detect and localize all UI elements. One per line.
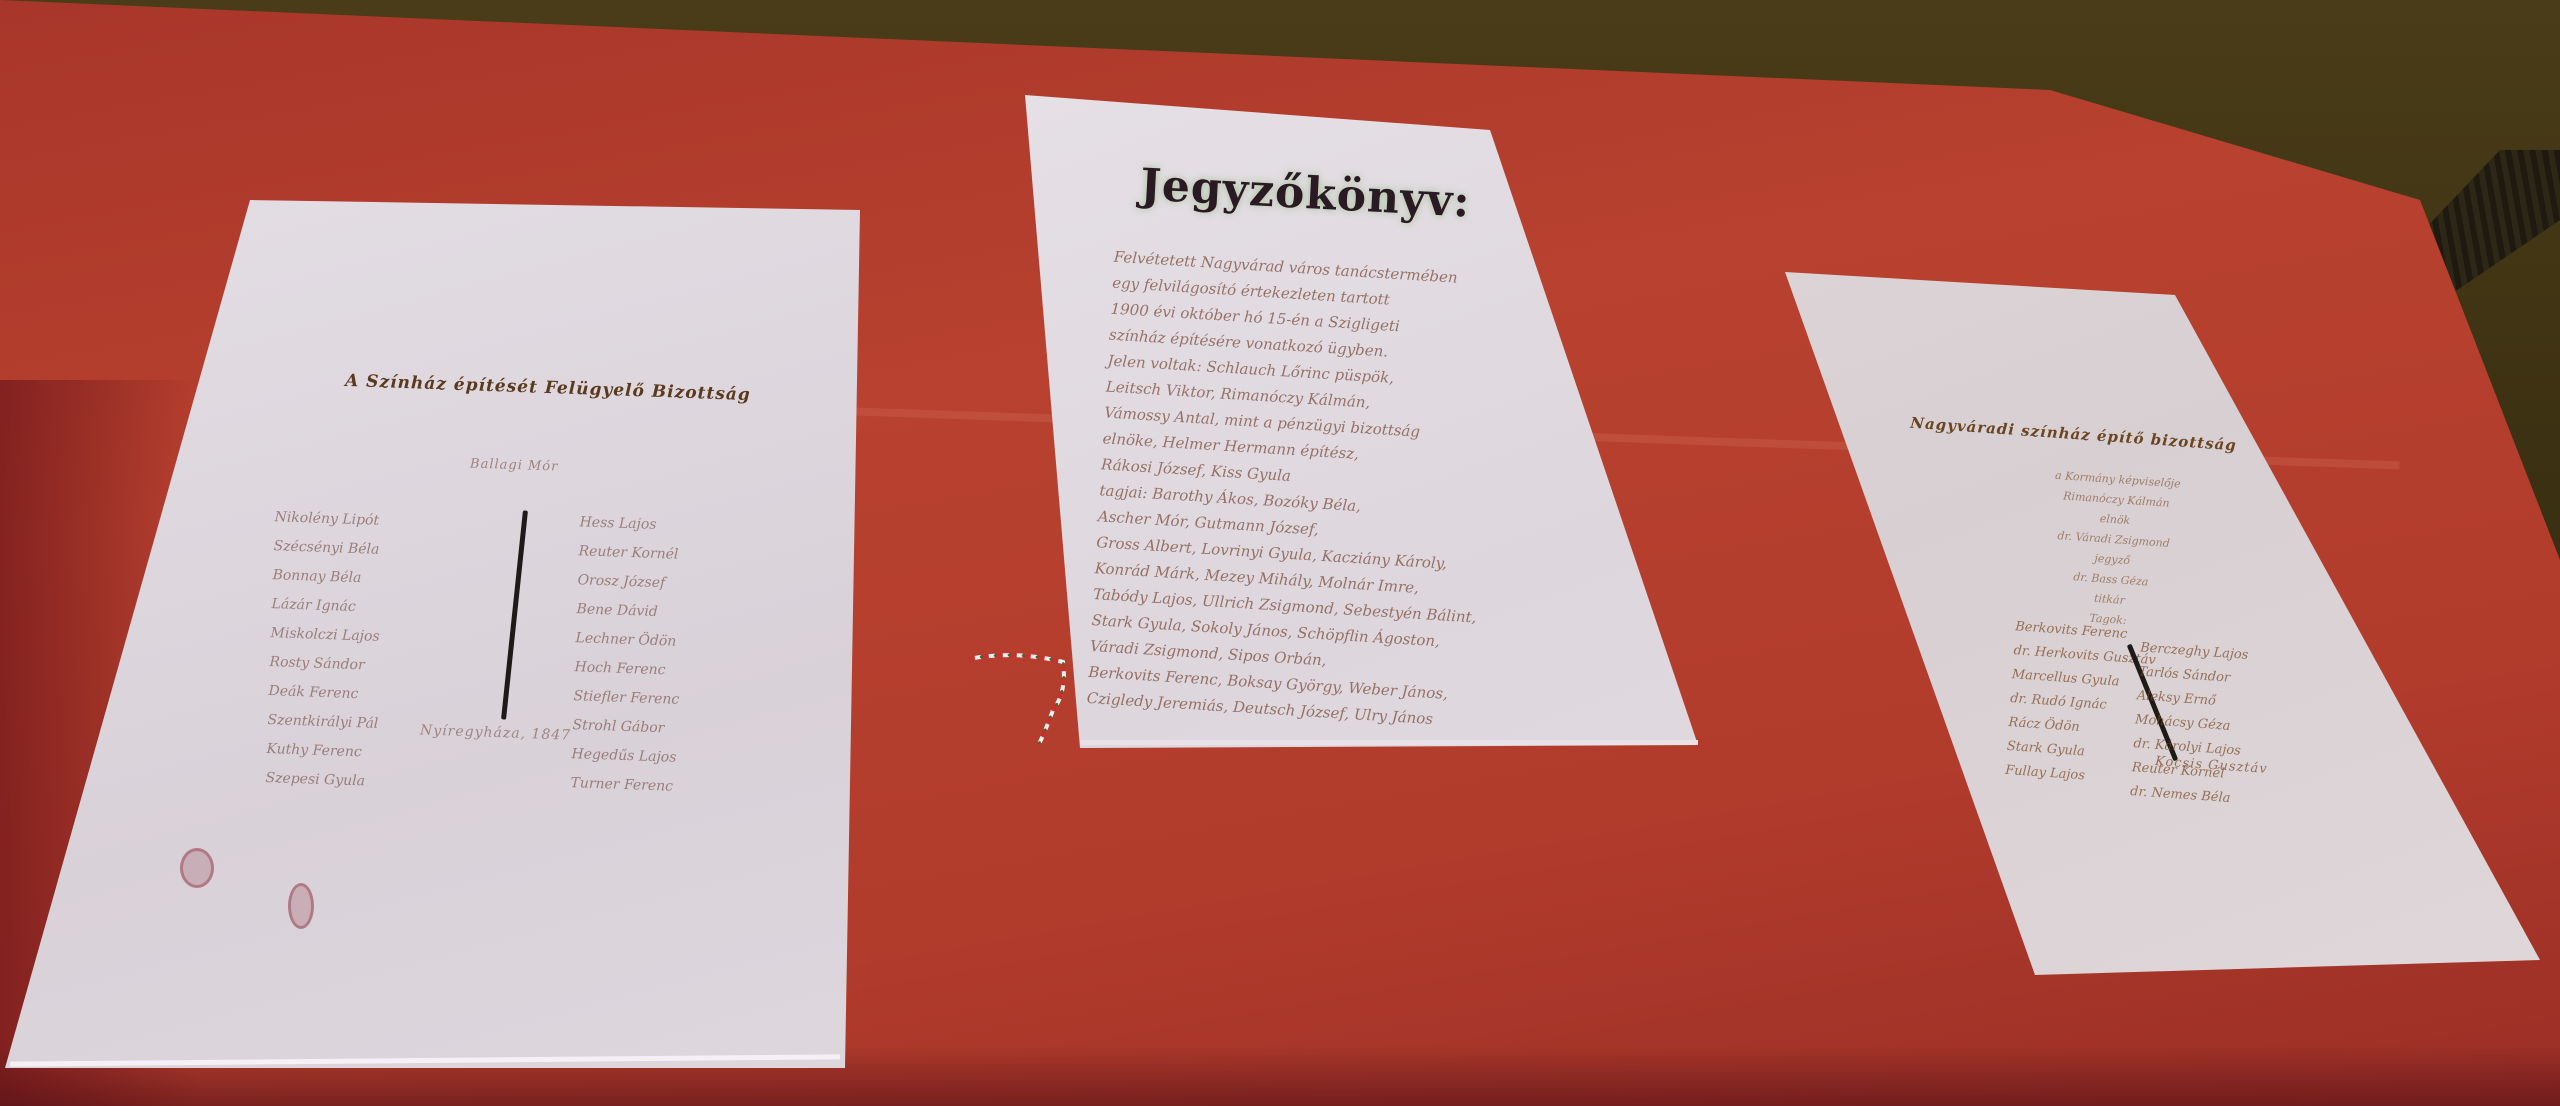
document-middle-edge [1080, 740, 1698, 745]
name-line: Rosty Sándor [269, 648, 381, 681]
document-middle-body: Felvétetett Nagyvárad város tanácsterméb… [1086, 244, 1498, 735]
photo-scene: A Színház építését Felügyelő Bizottság B… [0, 0, 2560, 1106]
document-right-names-col2: Berczeghy Lajos Tarlós Sándor Aleksy Ern… [2129, 636, 2249, 811]
name-line: Lázár Ignác [271, 590, 383, 623]
document-left-names-col1: Nikolény Lipót Szécsényi Béla Bonnay Bél… [265, 503, 386, 797]
stain-mark [288, 883, 314, 929]
name-line: Hess Lajos [579, 508, 686, 541]
name-line: Szepesi Gyula [265, 764, 377, 797]
document-left-names-col2: Hess Lajos Reuter Kornél Orosz József Be… [570, 508, 686, 802]
name-line: Miskolczi Lajos [270, 619, 382, 652]
name-line: Hoch Ferenc [574, 653, 681, 686]
stain-mark [180, 848, 214, 888]
name-line: Stiefler Ferenc [573, 682, 680, 715]
name-line: Szentkirályi Pál [267, 706, 379, 739]
name-line: Szécsényi Béla [273, 532, 385, 565]
name-line: Kuthy Ferenc [266, 735, 378, 768]
name-line: Reuter Kornél [578, 537, 685, 570]
name-line: Orosz József [577, 566, 684, 599]
name-line: Nikolény Lipót [274, 503, 386, 536]
name-line: Deák Ferenc [268, 677, 380, 710]
name-line: Bonnay Béla [272, 561, 384, 594]
tricolor-binding-string-icon [965, 652, 1073, 747]
name-line: Bene Dávid [576, 595, 683, 628]
name-line: Hegedűs Lajos [571, 740, 678, 773]
document-right-header: a Kormány képviselője Rimanóczy Kálmán e… [2045, 466, 2182, 634]
document-left-subtitle: Ballagi Mór [470, 456, 559, 474]
name-line: Strohl Gábor [572, 711, 679, 744]
name-line: Lechner Ödön [575, 624, 682, 657]
name-line: Turner Ferenc [570, 769, 677, 802]
